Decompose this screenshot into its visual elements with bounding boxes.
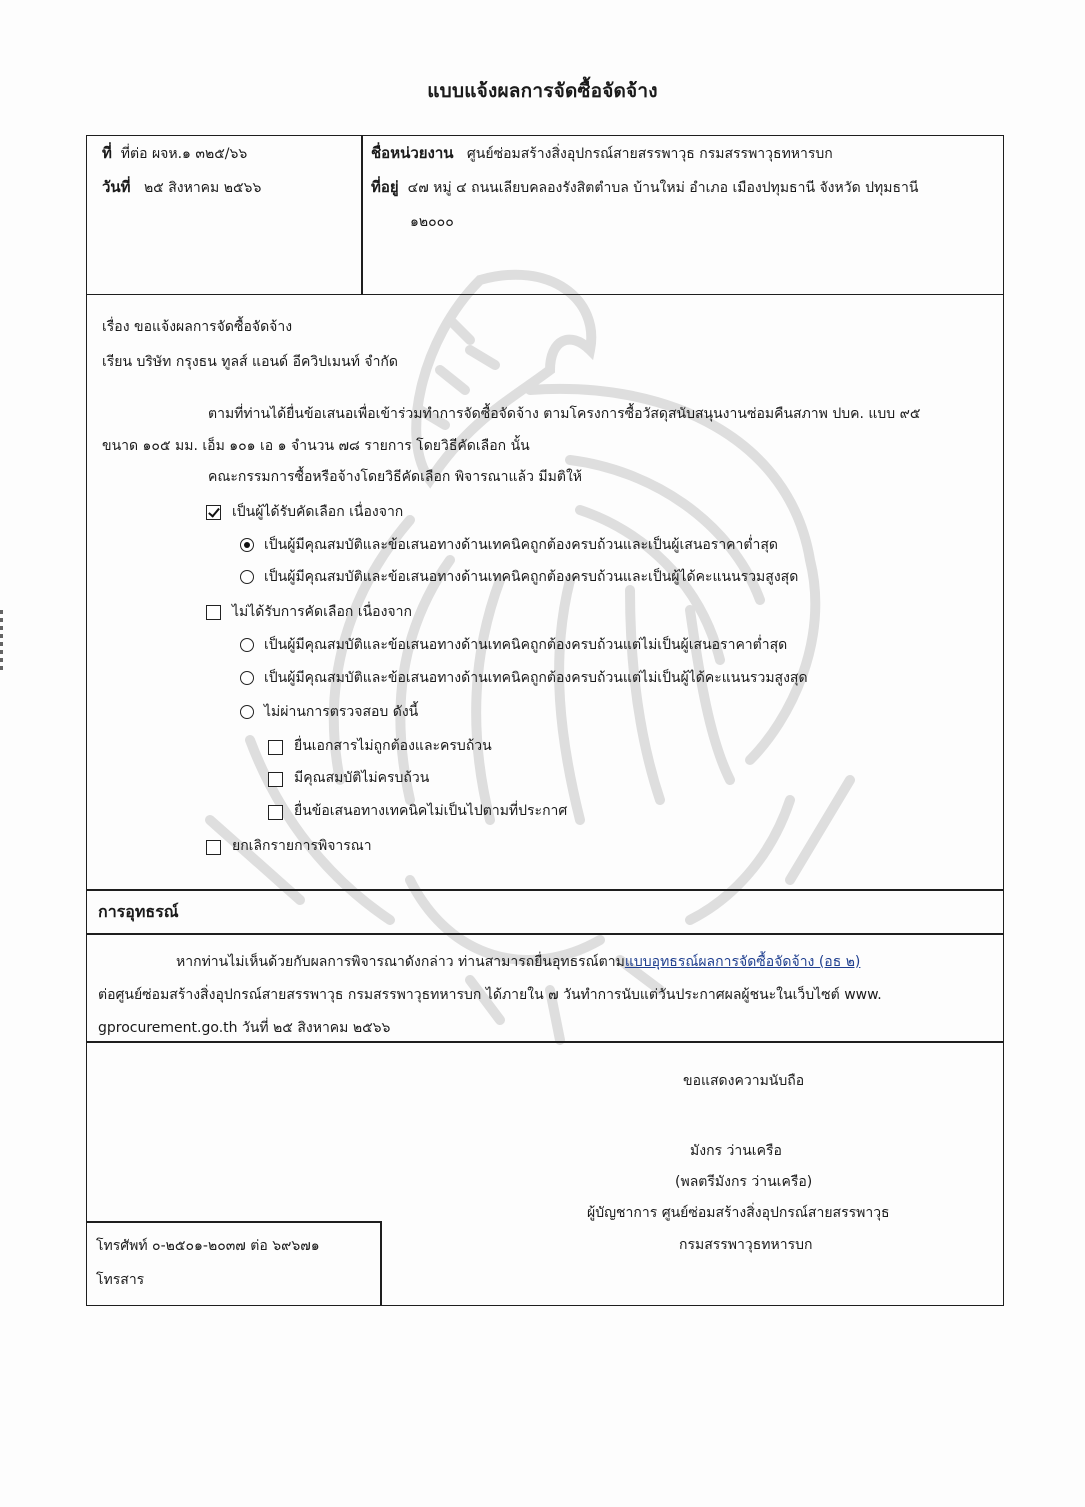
address-label: ที่อยู่	[371, 178, 399, 196]
agency-value: ศูนย์ซ่อมสร้างสิ่งอุปกรณ์สายสรรพาวุธ กรม…	[467, 146, 833, 162]
agency-address: ที่อยู่ ๔๗ หมู่ ๔ ถนนเลียบคลองรังสิตตำบล…	[371, 177, 918, 198]
scan-edge-artifact	[0, 610, 3, 670]
reference-label: ที่	[102, 144, 112, 162]
date-label: วันที่	[102, 178, 131, 196]
paragraph-line-2: ขนาด ๑๐๕ มม. เอ็ม ๑๐๑ เอ ๑ จำนวน ๗๘ รายก…	[102, 436, 530, 456]
recipient-line: เรียน บริษัท กรุงธน ทูลส์ แอนด์ อีควิปเม…	[102, 352, 398, 372]
signatory-full-name: (พลตรีมังกร ว่านเครือ)	[675, 1172, 812, 1192]
date-value: ๒๕ สิงหาคม ๒๕๖๖	[144, 180, 261, 196]
failure-qualifications-checkbox[interactable]	[268, 772, 283, 787]
cancel-consideration-label: ยกเลิกรายการพิจารณา	[232, 836, 372, 856]
signatory-name: มังกร ว่านเครือ	[690, 1141, 782, 1161]
closing-text: ขอแสดงความนับถือ	[683, 1071, 804, 1091]
signature-top-divider	[86, 1041, 1004, 1043]
failure-documents-label: ยื่นเอกสารไม่ถูกต้องและครบถ้วน	[294, 736, 492, 756]
reference-value: ที่ต่อ ผจห.๑ ๓๒๕/๖๖	[121, 146, 248, 162]
not-selected-reason-score-label: เป็นผู้มีคุณสมบัติและข้อเสนอทางด้านเทคนิ…	[264, 668, 808, 688]
phone-number: โทรศัพท์ ๐-๒๕๐๑-๒๐๓๗ ต่อ ๖๙๖๗๑	[96, 1236, 320, 1256]
not-selected-label: ไม่ได้รับการคัดเลือก เนื่องจาก	[232, 602, 412, 622]
issue-date: วันที่ ๒๕ สิงหาคม ๒๕๖๖	[102, 177, 261, 198]
contact-top-divider	[86, 1221, 381, 1223]
signatory-position-line-2: กรมสรรพาวุธทหารบก	[679, 1235, 813, 1255]
failure-technical-proposal-checkbox[interactable]	[268, 805, 283, 820]
failure-qualifications-label: มีคุณสมบัติไม่ครบถ้วน	[294, 768, 429, 788]
paragraph-line-3: คณะกรรมการซื้อหรือจ้างโดยวิธีคัดเลือก พิ…	[208, 467, 582, 487]
appeal-heading: การอุทธรณ์	[98, 902, 179, 922]
not-selected-reason-price-label: เป็นผู้มีคุณสมบัติและข้อเสนอทางด้านเทคนิ…	[264, 635, 787, 655]
appeal-line-3: gprocurement.go.th วันที่ ๒๕ สิงหาคม ๒๕๖…	[98, 1018, 390, 1038]
not-selected-reason-failed-check-label: ไม่ผ่านการตรวจสอบ ดังนี้	[264, 702, 418, 722]
reference-number: ที่ ที่ต่อ ผจห.๑ ๓๒๕/๖๖	[102, 143, 247, 164]
appeal-line-2: ต่อศูนย์ซ่อมสร้างสิ่งอุปกรณ์สายสรรพาวุธ …	[98, 985, 882, 1005]
appeal-line-1-text: หากท่านไม่เห็นด้วยกับผลการพิจารณาดังกล่า…	[176, 954, 625, 970]
not-selected-reason-failed-check-radio[interactable]	[240, 705, 254, 719]
selected-reason-lowest-price-radio[interactable]	[240, 538, 254, 552]
postcode: ๑๒๐๐๐	[410, 212, 454, 232]
signatory-position-line-1: ผู้บัญชาการ ศูนย์ซ่อมสร้างสิ่งอุปกรณ์สาย…	[587, 1203, 890, 1223]
not-selected-reason-price-radio[interactable]	[240, 638, 254, 652]
agency-label: ชื่อหน่วยงาน	[371, 144, 454, 162]
appeal-heading-divider	[86, 933, 1004, 935]
failure-documents-checkbox[interactable]	[268, 740, 283, 755]
appeal-line-1: หากท่านไม่เห็นด้วยกับผลการพิจารณาดังกล่า…	[176, 952, 860, 972]
appeal-top-divider	[86, 889, 1004, 891]
paragraph-line-1: ตามที่ท่านได้ยื่นข้อเสนอเพื่อเข้าร่วมทำก…	[208, 404, 920, 424]
not-selected-checkbox[interactable]	[206, 605, 221, 620]
fax-number: โทรสาร	[96, 1270, 144, 1290]
failure-technical-proposal-label: ยื่นข้อเสนอทางเทคนิคไม่เป็นไปตามที่ประกา…	[294, 801, 567, 821]
selected-checkbox[interactable]	[206, 505, 221, 520]
not-selected-reason-score-radio[interactable]	[240, 671, 254, 685]
appeal-form-link[interactable]: แบบอุทธรณ์ผลการจัดซื้อจัดจ้าง (อธ ๒)	[625, 954, 861, 970]
agency-name: ชื่อหน่วยงาน ศูนย์ซ่อมสร้างสิ่งอุปกรณ์สา…	[371, 143, 833, 164]
subject-line: เรื่อง ขอแจ้งผลการจัดซื้อจัดจ้าง	[102, 317, 292, 337]
selected-reason-lowest-price-label: เป็นผู้มีคุณสมบัติและข้อเสนอทางด้านเทคนิ…	[264, 535, 778, 555]
selected-reason-highest-score-label: เป็นผู้มีคุณสมบัติและข้อเสนอทางด้านเทคนิ…	[264, 567, 798, 587]
header-divider	[361, 135, 363, 295]
selected-reason-highest-score-radio[interactable]	[240, 570, 254, 584]
cancel-consideration-checkbox[interactable]	[206, 840, 221, 855]
contact-right-divider	[380, 1221, 382, 1306]
selected-label: เป็นผู้ได้รับคัดเลือก เนื่องจาก	[232, 502, 403, 522]
document-title: แบบแจ้งผลการจัดซื้อจัดจ้าง	[0, 76, 1085, 106]
address-value: ๔๗ หมู่ ๔ ถนนเลียบคลองรังสิตตำบล บ้านใหม…	[408, 180, 919, 196]
